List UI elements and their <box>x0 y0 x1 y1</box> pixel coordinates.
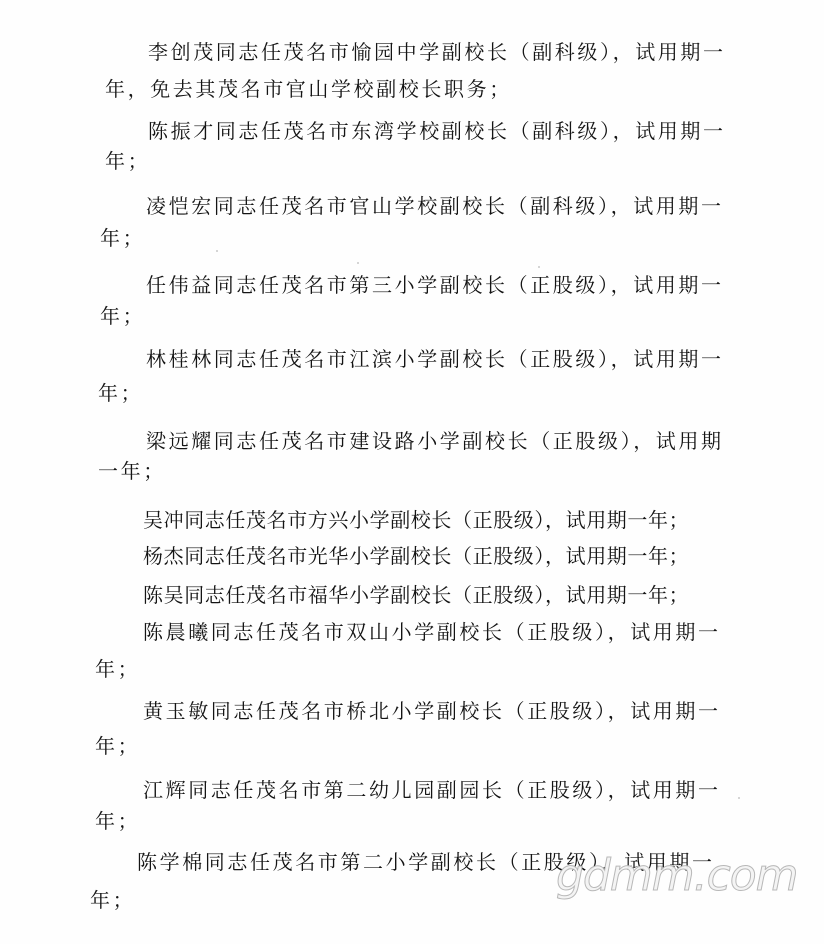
document-line: 年； <box>95 809 140 833</box>
document-line: 年； <box>95 734 140 758</box>
document-line: 年； <box>100 226 145 250</box>
document-line: 年； <box>98 381 143 405</box>
document-line: 林桂林同志任茂名市江滨小学副校长（正股级），试用期一 <box>146 347 724 371</box>
scan-speck <box>538 266 540 268</box>
document-line: 吴冲同志任茂名市方兴小学副校长（正股级），试用期一年； <box>143 508 689 532</box>
scan-speck <box>357 262 359 264</box>
document-line: 陈振才同志任茂名市东湾学校副校长（副科级），试用期一 <box>148 119 726 143</box>
site-watermark: gdmm.com <box>556 851 798 901</box>
document-line: 杨杰同志任茂名市光华小学副校长（正股级），试用期一年； <box>143 544 689 568</box>
document-line: 陈吴同志任茂名市福华小学副校长（正股级），试用期一年； <box>143 583 689 607</box>
document-line: 年； <box>90 888 135 912</box>
document-line: 陈晨曦同志任茂名市双山小学副校长（正股级），试用期一 <box>143 620 721 644</box>
document-line: 凌恺宏同志任茂名市官山学校副校长（副科级），试用期一 <box>146 194 724 218</box>
scan-speck <box>216 250 218 252</box>
document-page: 李创茂同志任茂名市愉园中学副校长（副科级），试用期一 年，免去其茂名市官山学校副… <box>0 0 824 944</box>
document-line: 年； <box>100 304 145 328</box>
document-line: 江辉同志任茂名市第二幼儿园副园长（正股级），试用期一 <box>143 778 721 802</box>
document-line: 一年； <box>98 459 166 483</box>
document-line: 任伟益同志任茂名市第三小学副校长（正股级），试用期一 <box>146 273 724 297</box>
scan-speck <box>738 797 740 799</box>
document-line: 年，免去其茂名市官山学校副校长职务； <box>105 77 512 101</box>
document-line: 梁远耀同志任茂名市建设路小学副校长（正股级），试用期 <box>146 429 724 453</box>
document-line: 年； <box>95 657 140 681</box>
document-line: 年； <box>105 149 150 173</box>
document-line: 李创茂同志任茂名市愉园中学副校长（副科级），试用期一 <box>148 40 726 64</box>
document-line: 黄玉敏同志任茂名市桥北小学副校长（正股级），试用期一 <box>143 699 721 723</box>
